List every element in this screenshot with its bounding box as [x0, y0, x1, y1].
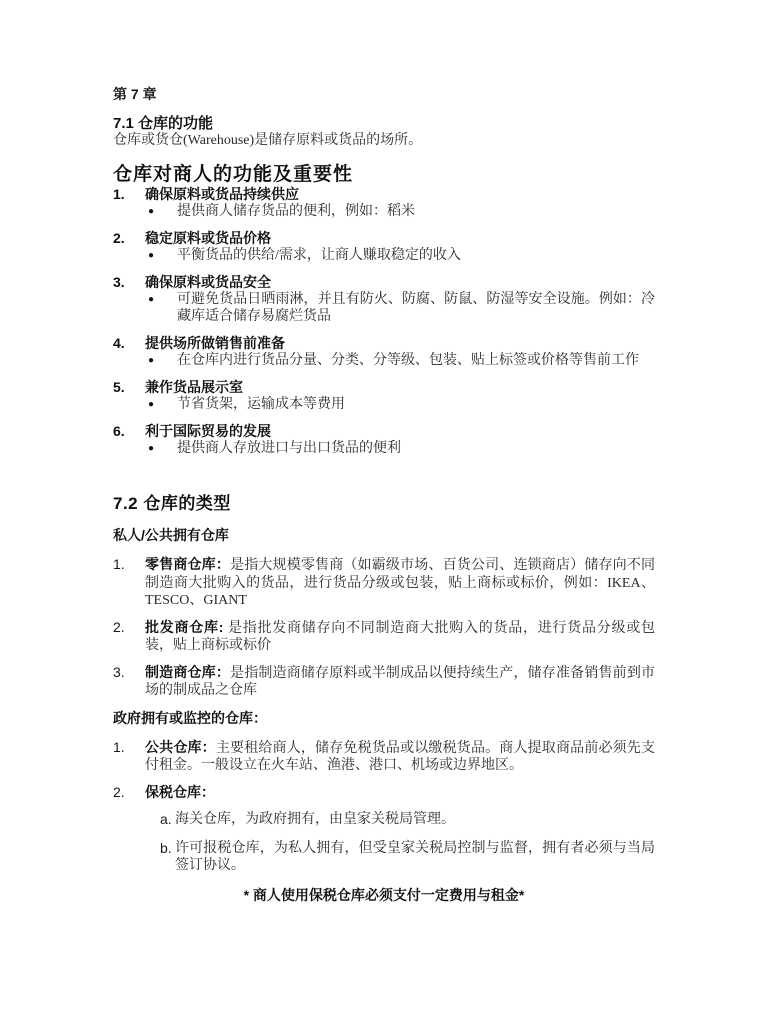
function-item: 5. 兼作货品展示室 ● 节省货架，运输成本等费用 — [113, 379, 655, 413]
government-warehouse-list: 1. 公共仓库：主要租给商人，储存免税货品或以缴税货品。商人提取商品前必须先支付… — [113, 739, 655, 875]
sub-item-text: 海关仓库，为政府拥有，由皇家关税局管理。 — [175, 811, 655, 829]
warehouse-type-item: 3. 制造商仓库：是指制造商储存原料或半制成品以便持续生产，储存准备销售前到市场… — [113, 664, 655, 700]
bullet-text: 提供商人存放进口与出口货品的便利 — [177, 440, 655, 457]
bonded-warehouse-footnote: * 商人使用保税仓库必须支付一定费用与租金* — [113, 886, 655, 904]
private-warehouse-list: 1. 零售商仓库：是指大规模零售商（如霸级市场、百货公司、连锁商店）储存向不同制… — [113, 556, 655, 700]
item-number: 4. — [113, 335, 145, 352]
bullet-text: 可避免货品日晒雨淋，并且有防火、防腐、防鼠、防湿等安全设施。例如：冷藏库适合储存… — [177, 291, 655, 325]
item-title: 兼作货品展示室 — [145, 379, 655, 396]
function-item-title-row: 5. 兼作货品展示室 — [113, 379, 655, 396]
item-text: 批发商仓库: 是指批发商储存向不同制造商大批购入的货品，进行货品分级或包装，贴上… — [145, 619, 655, 655]
item-number: 5. — [113, 379, 145, 396]
document-page: 第 7 章 7.1 仓库的功能 仓库或货仓(Warehouse)是储存原料或货品… — [0, 0, 768, 1024]
item-text: 保税仓库： — [145, 784, 655, 803]
bullet-row: ● 节省货架，运输成本等费用 — [145, 396, 655, 413]
function-item-title-row: 2. 稳定原料或货品价格 — [113, 230, 655, 247]
warehouse-type-item: 2. 批发商仓库: 是指批发商储存向不同制造商大批购入的货品，进行货品分级或包装… — [113, 619, 655, 655]
function-item: 1. 确保原料或货品持续供应 ● 提供商人储存货品的便利，例如：稻米 — [113, 186, 655, 220]
bullet-text: 提供商人储存货品的便利，例如：稻米 — [177, 203, 655, 220]
bullet-text: 节省货架，运输成本等费用 — [177, 396, 655, 413]
function-item-title-row: 1. 确保原料或货品持续供应 — [113, 186, 655, 203]
item-number: 3. — [113, 664, 145, 700]
item-number: 6. — [113, 423, 145, 440]
item-title: 确保原料或货品安全 — [145, 274, 655, 291]
bullet-icon: ● — [145, 291, 177, 325]
function-item-title-row: 4. 提供场所做销售前准备 — [113, 335, 655, 352]
item-text: 公共仓库：主要租给商人，储存免税货品或以缴税货品。商人提取商品前必须先支付租金。… — [145, 739, 655, 775]
bullet-icon: ● — [145, 203, 177, 220]
item-number: 2. — [113, 784, 145, 803]
sub-item-text: 许可报税仓库，为私人拥有，但受皇家关税局控制与监督，拥有者必须与当局签订协议。 — [175, 840, 655, 875]
bullet-icon: ● — [145, 247, 177, 264]
item-term: 批发商仓库: — [145, 619, 228, 635]
bullet-row: ● 提供商人存放进口与出口货品的便利 — [145, 440, 655, 457]
item-term: 零售商仓库： — [145, 556, 230, 572]
page-content: 第 7 章 7.1 仓库的功能 仓库或货仓(Warehouse)是储存原料或货品… — [113, 86, 655, 904]
sub-item-label: b. — [160, 840, 175, 875]
item-desc: 主要租给商人，储存免税货品或以缴税货品。商人提取商品前必须先支付租金。一般设立在… — [145, 741, 655, 774]
functions-list: 1. 确保原料或货品持续供应 ● 提供商人储存货品的便利，例如：稻米 2. 稳定… — [113, 186, 655, 457]
warehouse-type-item: 2. 保税仓库： — [113, 784, 655, 803]
item-number: 1. — [113, 556, 145, 610]
bullet-row: ● 可避免货品日晒雨淋，并且有防火、防腐、防鼠、防湿等安全设施。例如：冷藏库适合… — [145, 291, 655, 325]
bullet-icon: ● — [145, 440, 177, 457]
function-item: 2. 稳定原料或货品价格 ● 平衡货品的供给/需求，让商人赚取稳定的收入 — [113, 230, 655, 264]
bullet-row: ● 在仓库内进行货品分量、分类、分等级、包装、贴上标签或价格等售前工作 — [145, 352, 655, 369]
item-text: 零售商仓库：是指大规模零售商（如霸级市场、百货公司、连锁商店）储存向不同制造商大… — [145, 556, 655, 610]
government-warehouse-heading: 政府拥有或监控的仓库： — [113, 709, 655, 727]
item-number: 2. — [113, 230, 145, 247]
item-title: 确保原料或货品持续供应 — [145, 186, 655, 203]
function-item-title-row: 3. 确保原料或货品安全 — [113, 274, 655, 291]
bullet-row: ● 平衡货品的供给/需求，让商人赚取稳定的收入 — [145, 247, 655, 264]
function-item: 3. 确保原料或货品安全 ● 可避免货品日晒雨淋，并且有防火、防腐、防鼠、防湿等… — [113, 274, 655, 325]
function-item: 4. 提供场所做销售前准备 ● 在仓库内进行货品分量、分类、分等级、包装、贴上标… — [113, 335, 655, 369]
item-term: 保税仓库： — [145, 784, 215, 800]
private-warehouse-heading: 私人/公共拥有仓库 — [113, 526, 655, 544]
item-text: 制造商仓库：是指制造商储存原料或半制成品以便持续生产，储存准备销售前到市场的制成… — [145, 664, 655, 700]
item-number: 2. — [113, 619, 145, 655]
bullet-row: ● 提供商人储存货品的便利，例如：稻米 — [145, 203, 655, 220]
bonded-sub-item: b. 许可报税仓库，为私人拥有，但受皇家关税局控制与监督，拥有者必须与当局签订协… — [160, 840, 655, 875]
item-number: 1. — [113, 739, 145, 775]
bonded-sub-item: a. 海关仓库，为政府拥有，由皇家关税局管理。 — [160, 811, 655, 829]
function-item-title-row: 6. 利于国际贸易的发展 — [113, 423, 655, 440]
item-title: 提供场所做销售前准备 — [145, 335, 655, 352]
bullet-icon: ● — [145, 396, 177, 413]
section-7-1-heading: 7.1 仓库的功能 — [113, 115, 655, 132]
functions-heading: 仓库对商人的功能及重要性 — [113, 163, 655, 186]
bullet-text: 平衡货品的供给/需求，让商人赚取稳定的收入 — [177, 247, 655, 264]
function-item: 6. 利于国际贸易的发展 ● 提供商人存放进口与出口货品的便利 — [113, 423, 655, 457]
chapter-title: 第 7 章 — [113, 86, 655, 102]
item-number: 1. — [113, 186, 145, 203]
item-title: 稳定原料或货品价格 — [145, 230, 655, 247]
item-title: 利于国际贸易的发展 — [145, 423, 655, 440]
warehouse-type-item: 1. 公共仓库：主要租给商人，储存免税货品或以缴税货品。商人提取商品前必须先支付… — [113, 739, 655, 775]
item-number: 3. — [113, 274, 145, 291]
intro-text: 仓库或货仓(Warehouse)是储存原料或货品的场所。 — [113, 132, 655, 150]
bullet-text: 在仓库内进行货品分量、分类、分等级、包装、贴上标签或价格等售前工作 — [177, 352, 655, 369]
item-term: 制造商仓库： — [145, 664, 230, 680]
section-7-2-heading: 7.2 仓库的类型 — [113, 493, 655, 514]
sub-item-label: a. — [160, 811, 175, 829]
item-term: 公共仓库： — [145, 739, 216, 755]
bullet-icon: ● — [145, 352, 177, 369]
warehouse-type-item: 1. 零售商仓库：是指大规模零售商（如霸级市场、百货公司、连锁商店）储存向不同制… — [113, 556, 655, 610]
